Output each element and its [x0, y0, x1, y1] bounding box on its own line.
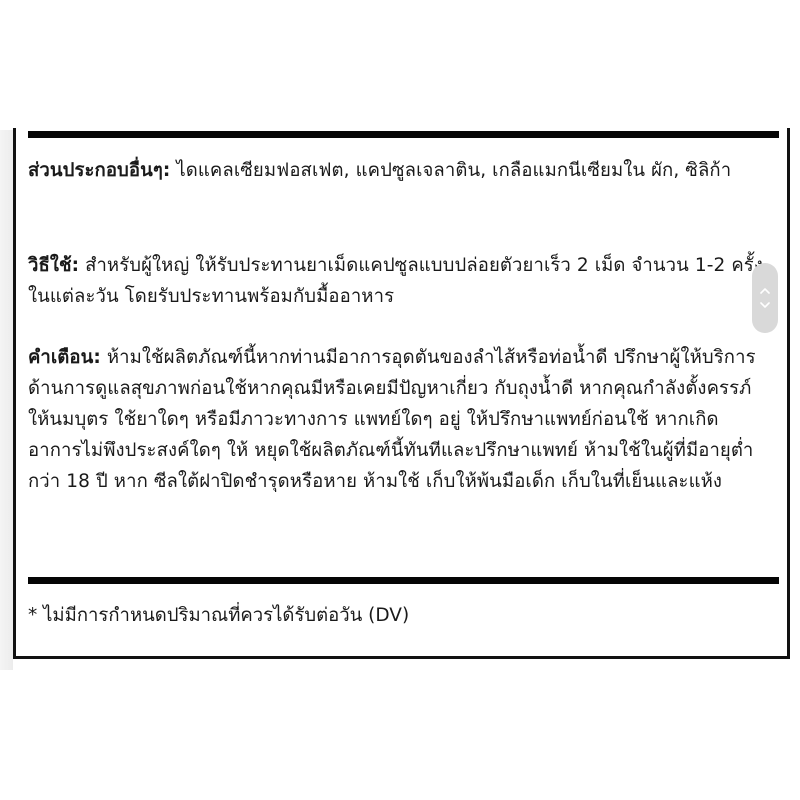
directions-section: วิธีใช้: สำหรับผู้ใหญ่ ให้รับประทานยาเม็… [28, 250, 768, 312]
warning-heading: คำเตือน: [28, 347, 101, 368]
left-edge-shade [0, 130, 13, 670]
directions-text: สำหรับผู้ใหญ่ ให้รับประทานยาเม็ดแคปซูลแบ… [28, 255, 763, 307]
chevron-up-icon[interactable] [759, 287, 771, 295]
top-divider-rule [28, 131, 779, 138]
bottom-divider-rule [28, 577, 779, 584]
page: ส่วนประกอบอื่นๆ: ไดแคลเซียมฟอสเฟต, แคปซู… [0, 0, 800, 800]
scroll-control[interactable] [752, 263, 778, 333]
other-ingredients-heading: ส่วนประกอบอื่นๆ: [28, 160, 170, 181]
warning-text: ห้ามใช้ผลิตภัณฑ์นี้หากท่านมีอาการอุดตันข… [28, 347, 756, 492]
other-ingredients-text: ไดแคลเซียมฟอสเฟต, แคปซูลเจลาติน, เกลือแม… [170, 160, 731, 181]
other-ingredients-section: ส่วนประกอบอื่นๆ: ไดแคลเซียมฟอสเฟต, แคปซู… [28, 155, 768, 186]
chevron-down-icon[interactable] [759, 301, 771, 309]
directions-heading: วิธีใช้: [28, 255, 79, 276]
supplement-label-panel: ส่วนประกอบอื่นๆ: ไดแคลเซียมฟอสเฟต, แคปซู… [13, 128, 790, 659]
dv-footnote: * ไม่มีการกำหนดปริมาณที่ควรได้รับต่อวัน … [28, 600, 409, 631]
warning-section: คำเตือน: ห้ามใช้ผลิตภัณฑ์นี้หากท่านมีอาก… [28, 342, 768, 497]
